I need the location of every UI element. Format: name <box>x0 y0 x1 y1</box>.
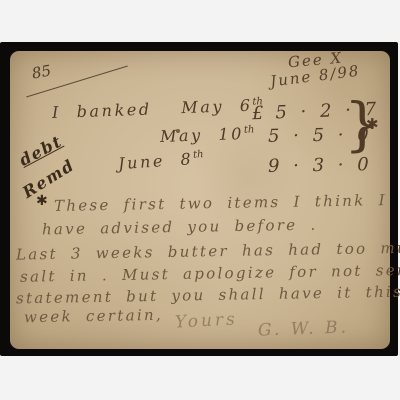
ledger-row: May 10th <box>160 125 255 145</box>
photo-black-mount: 85 Gee X June 8/98 I banked May 6th £5 ·… <box>0 42 398 356</box>
brace-asterisk: ✱ <box>366 117 379 132</box>
corner-mark: 85 <box>31 63 52 81</box>
currency-symbol: £ <box>252 103 268 125</box>
body-line: Last 3 weeks butter has had too much <box>16 240 400 262</box>
body-line: have advised you before . <box>42 218 318 238</box>
body-line: statement but you shall have it this <box>16 285 400 307</box>
ledger-intro: I banked <box>52 100 152 122</box>
margin-asterisk: ✱ <box>36 194 48 208</box>
ledger-amount: 9 · 3 · 0 <box>268 156 373 176</box>
ledger-ordinal: th <box>193 149 204 161</box>
body-line: week certain, <box>24 308 163 325</box>
body-line: salt in . Must apologize for not sending <box>20 262 400 285</box>
ledger-date: May 10 <box>160 124 245 146</box>
ledger-row: June 8th <box>118 150 205 172</box>
header-date: June 8/98 <box>269 64 361 90</box>
ink-speck <box>176 129 180 133</box>
ledger-date: June 8 <box>117 149 194 173</box>
ledger-ordinal: th <box>244 124 255 135</box>
signature-closing: Yours <box>175 311 239 331</box>
amount-value: 9 · 3 · 0 <box>268 154 373 177</box>
ledger-row: I banked May 6th <box>52 97 264 121</box>
postcard: 85 Gee X June 8/98 I banked May 6th £5 ·… <box>10 51 390 349</box>
signature-initials: G. W. B. <box>258 319 350 339</box>
ledger-date: May 6 <box>181 96 253 117</box>
body-line: These first two items I think I <box>54 193 387 214</box>
page-background: { "colors": { "page_background": "#f3f3f… <box>0 0 400 400</box>
